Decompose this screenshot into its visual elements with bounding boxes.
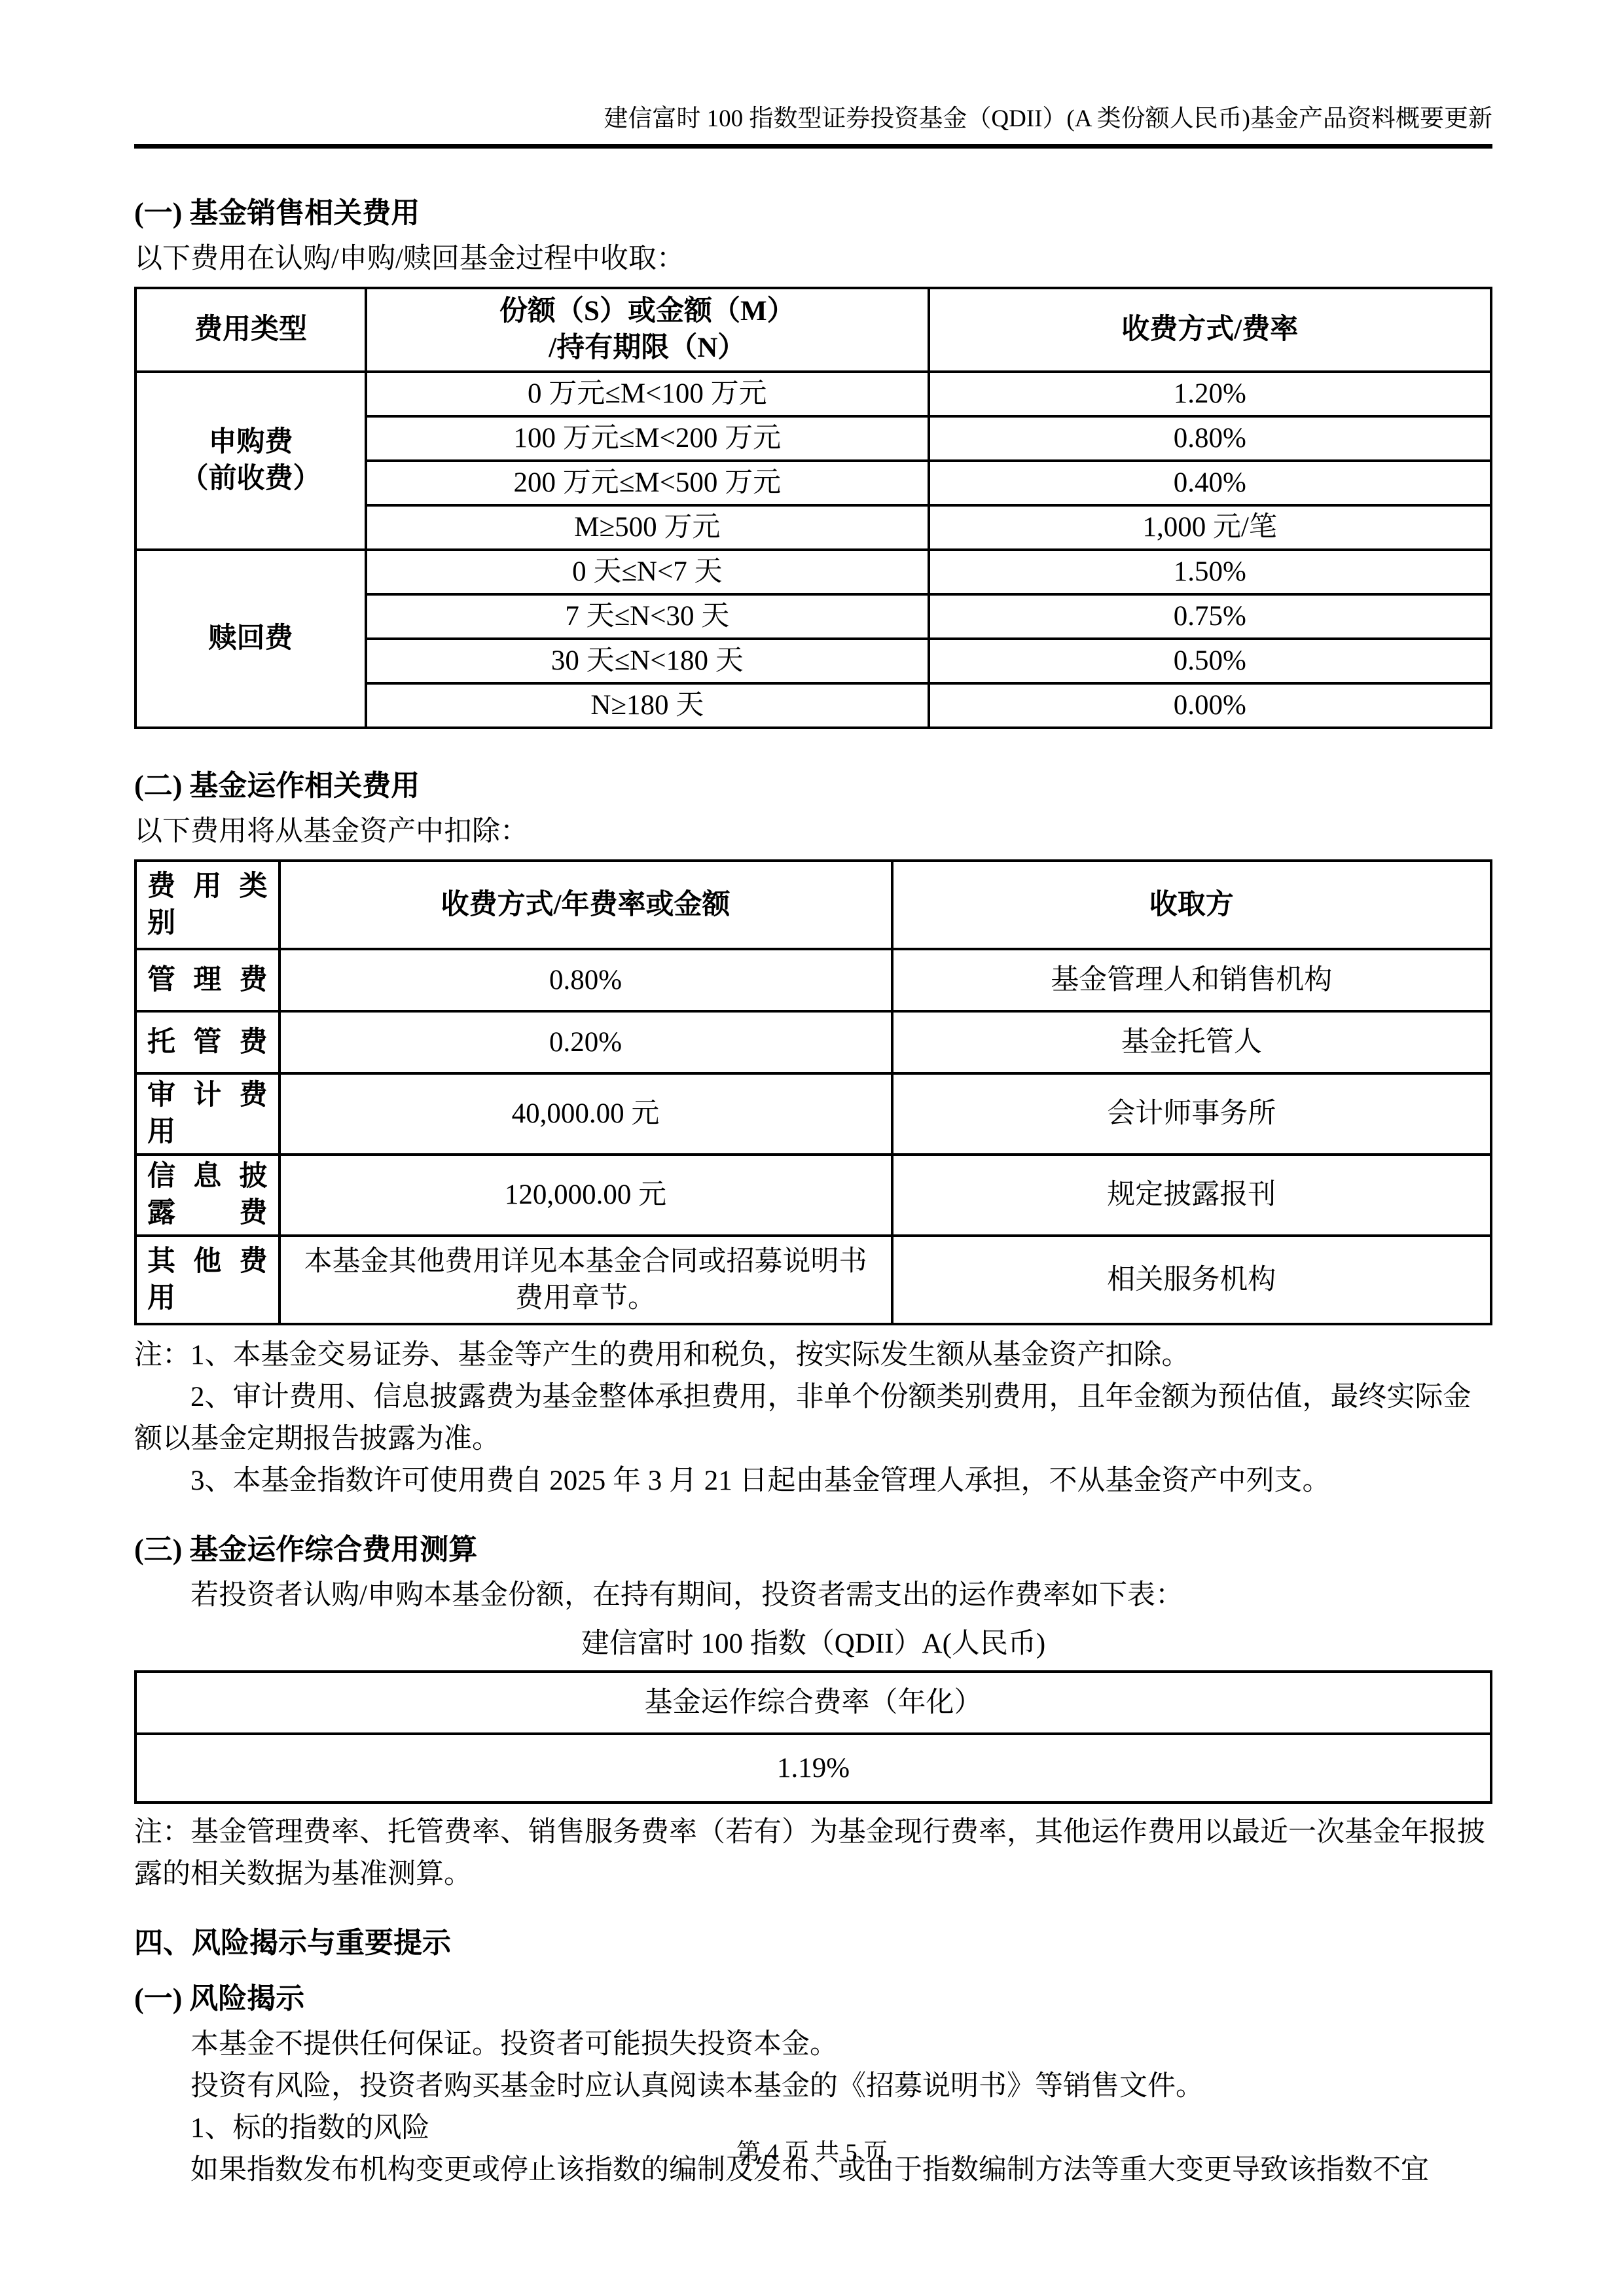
fee-type-cell: 审计费 用 — [135, 1073, 280, 1155]
fee-type-cell: 托管费 — [135, 1011, 280, 1073]
operation-fee-table: 费用类 别 收费方式/年费率或金额 收取方 管理费 0.80% 基金管理人和销售… — [134, 859, 1492, 1325]
table-header-row: 基金运作综合费率（年化） — [135, 1672, 1491, 1734]
comprehensive-rate-label: 基金运作综合费率（年化） — [135, 1672, 1491, 1734]
rate-cell: 1.20% — [929, 372, 1491, 416]
col-header-fee-category: 费用类 别 — [135, 861, 280, 949]
section-heading-sales-fees: (一) 基金销售相关费用 — [134, 194, 1492, 232]
fee-payee-cell: 基金托管人 — [892, 1011, 1491, 1073]
note-2: 2、审计费用、信息披露费为基金整体承担费用，非单个份额类别费用，且年金额为预估值… — [134, 1376, 1492, 1460]
rate-cell: 0.40% — [929, 461, 1491, 505]
fee-value-cell: 120,000.00 元 — [280, 1155, 892, 1236]
document-page: 建信富时 100 指数型证券投资基金（QDII）(A 类份额人民币)基金产品资料… — [0, 0, 1624, 2296]
table-row: 管理费 0.80% 基金管理人和销售机构 — [135, 949, 1491, 1011]
sales-fee-table: 费用类型 份额（S）或金额（M） /持有期限（N） 收费方式/费率 申购费 （前… — [134, 287, 1492, 729]
range-cell: 30 天≤N<180 天 — [366, 639, 928, 683]
note-1: 注：1、本基金交易证券、基金等产生的费用和税负，按实际发生额从基金资产扣除。 — [134, 1335, 1492, 1376]
subsection-heading-risk-disclosure: (一) 风险揭示 — [134, 1980, 1492, 2017]
range-cell: 200 万元≤M<500 万元 — [366, 461, 928, 505]
fee-type-cell: 其他费 用 — [135, 1236, 280, 1324]
sales-fees-intro: 以下费用在认购/申购/赎回基金过程中收取： — [134, 238, 1492, 280]
comprehensive-fee-table: 基金运作综合费率（年化） 1.19% — [134, 1670, 1492, 1804]
fee-value-cell: 本基金其他费用详见本基金合同或招募说明书 费用章节。 — [280, 1236, 892, 1324]
fee-payee-cell: 相关服务机构 — [892, 1236, 1491, 1324]
fee-payee-cell: 规定披露报刊 — [892, 1155, 1491, 1236]
table-row: 信息披 露费 120,000.00 元 规定披露报刊 — [135, 1155, 1491, 1236]
page-number: 第 4 页 共 5 页 — [0, 2139, 1624, 2168]
fee-group-redemption: 赎回费 — [135, 550, 366, 728]
fee-type-cell: 信息披 露费 — [135, 1155, 280, 1236]
col-header-rate: 收费方式/费率 — [929, 288, 1491, 372]
range-cell: 100 万元≤M<200 万元 — [366, 416, 928, 461]
fee-type-cell: 管理费 — [135, 949, 280, 1011]
risk-paragraph-1: 本基金不提供任何保证。投资者可能损失投资本金。 — [134, 2024, 1492, 2066]
comprehensive-fee-note: 注：基金管理费率、托管费率、销售服务费率（若有）为基金现行费率，其他运作费用以最… — [134, 1812, 1492, 1895]
col-header-amount-holding: 份额（S）或金额（M） /持有期限（N） — [366, 288, 928, 372]
range-cell: 0 万元≤M<100 万元 — [366, 372, 928, 416]
fee-value-cell: 0.20% — [280, 1011, 892, 1073]
rate-cell: 1.50% — [929, 550, 1491, 594]
col-header-payee: 收取方 — [892, 861, 1491, 949]
fee-payee-cell: 基金管理人和销售机构 — [892, 949, 1491, 1011]
rate-cell: 0.80% — [929, 416, 1491, 461]
page-title: 建信富时 100 指数型证券投资基金（QDII）(A 类份额人民币)基金产品资料… — [604, 105, 1492, 132]
range-cell: 7 天≤N<30 天 — [366, 594, 928, 639]
rate-cell: 0.75% — [929, 594, 1491, 639]
table-row: 1.19% — [135, 1734, 1491, 1803]
fee-value-cell: 0.80% — [280, 949, 892, 1011]
col-header-method: 收费方式/年费率或金额 — [280, 861, 892, 949]
comprehensive-fees-intro: 若投资者认购/申购本基金份额，在持有期间，投资者需支出的运作费率如下表： — [134, 1575, 1492, 1617]
col-header-fee-type: 费用类型 — [135, 288, 366, 372]
table-row: 赎回费 0 天≤N<7 天 1.50% — [135, 550, 1491, 594]
comprehensive-fee-table-caption: 建信富时 100 指数（QDII）A(人民币) — [134, 1623, 1492, 1665]
section-heading-comprehensive-fees: (三) 基金运作综合费用测算 — [134, 1531, 1492, 1568]
table-row: 审计费 用 40,000.00 元 会计师事务所 — [135, 1073, 1491, 1155]
operation-fees-intro: 以下费用将从基金资产中扣除： — [134, 811, 1492, 853]
table-row: 申购费 （前收费） 0 万元≤M<100 万元 1.20% — [135, 372, 1491, 416]
range-cell: M≥500 万元 — [366, 505, 928, 550]
section-heading-operation-fees: (二) 基金运作相关费用 — [134, 767, 1492, 804]
comprehensive-rate-value: 1.19% — [135, 1734, 1491, 1803]
fee-group-subscription: 申购费 （前收费） — [135, 372, 366, 550]
range-cell: N≥180 天 — [366, 683, 928, 728]
fee-value-cell: 40,000.00 元 — [280, 1073, 892, 1155]
rate-cell: 0.50% — [929, 639, 1491, 683]
rate-cell: 0.00% — [929, 683, 1491, 728]
table-header-row: 费用类 别 收费方式/年费率或金额 收取方 — [135, 861, 1491, 949]
operation-fee-notes: 注：1、本基金交易证券、基金等产生的费用和税负，按实际发生额从基金资产扣除。 2… — [134, 1335, 1492, 1502]
fee-payee-cell: 会计师事务所 — [892, 1073, 1491, 1155]
table-header-row: 费用类型 份额（S）或金额（M） /持有期限（N） 收费方式/费率 — [135, 288, 1491, 372]
table-row: 托管费 0.20% 基金托管人 — [135, 1011, 1491, 1073]
rate-cell: 1,000 元/笔 — [929, 505, 1491, 550]
table-row: 其他费 用 本基金其他费用详见本基金合同或招募说明书 费用章节。 相关服务机构 — [135, 1236, 1491, 1324]
note-3: 3、本基金指数许可使用费自 2025 年 3 月 21 日起由基金管理人承担，不… — [134, 1460, 1492, 1502]
section-heading-risk: 四、风险揭示与重要提示 — [134, 1924, 1492, 1962]
risk-paragraph-2: 投资有风险，投资者购买基金时应认真阅读本基金的《招募说明书》等销售文件。 — [134, 2066, 1492, 2108]
document-header: 建信富时 100 指数型证券投资基金（QDII）(A 类份额人民币)基金产品资料… — [134, 105, 1492, 149]
range-cell: 0 天≤N<7 天 — [366, 550, 928, 594]
